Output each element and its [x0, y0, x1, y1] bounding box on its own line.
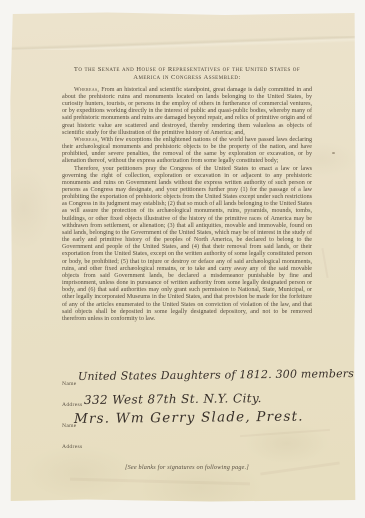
whereas-lead: Whereas, [74, 137, 99, 143]
paragraph-whereas-1: Whereas, From an historical and scientif… [62, 87, 312, 137]
paragraph-text: With few exceptions the enlightened nati… [62, 137, 312, 164]
paper-speck [332, 152, 335, 154]
paragraph-text: Therefore, your petitioners pray the Con… [62, 166, 312, 322]
signature-form: Name United States Daughters of 1812. 30… [62, 372, 318, 456]
signature-footnote: [See blanks for signatures on following … [62, 464, 312, 471]
paragraph-therefore: Therefore, your petitioners pray the Con… [62, 166, 312, 323]
verso-showthrough [321, 248, 328, 278]
whereas-lead: Whereas, [74, 87, 99, 93]
paper-sheet: To the Senate and House of Representativ… [10, 12, 356, 502]
paper-crease [10, 36, 356, 50]
verso-showthrough [70, 478, 250, 486]
handwritten-name-2: Mrs. Wm Gerry Slade, Prest. [74, 409, 304, 427]
document-body: To the Senate and House of Representativ… [62, 66, 312, 323]
name-label: Name [62, 381, 77, 387]
handwritten-name-1: United States Daughters of 1812. 300 mem… [78, 367, 358, 383]
form-row-address-2: Address [62, 435, 318, 456]
form-row-name-1: Name United States Daughters of 1812. 30… [62, 372, 318, 393]
form-row-name-2: Name Mrs. Wm Gerry Slade, Prest. [62, 414, 318, 435]
paragraph-text: From an historical and scientific standp… [62, 87, 312, 136]
paragraph-whereas-2: Whereas, With few exceptions the enlight… [62, 137, 312, 166]
handwritten-address-1: 332 West 87th St. N.Y. City. [84, 391, 262, 407]
address-label: Address [62, 402, 82, 408]
scanned-petition-page: { "doc": { "heading": "To the Senate and… [0, 0, 365, 518]
salutation-heading: To the Senate and House of Representativ… [67, 66, 307, 83]
address-label: Address [62, 444, 82, 450]
